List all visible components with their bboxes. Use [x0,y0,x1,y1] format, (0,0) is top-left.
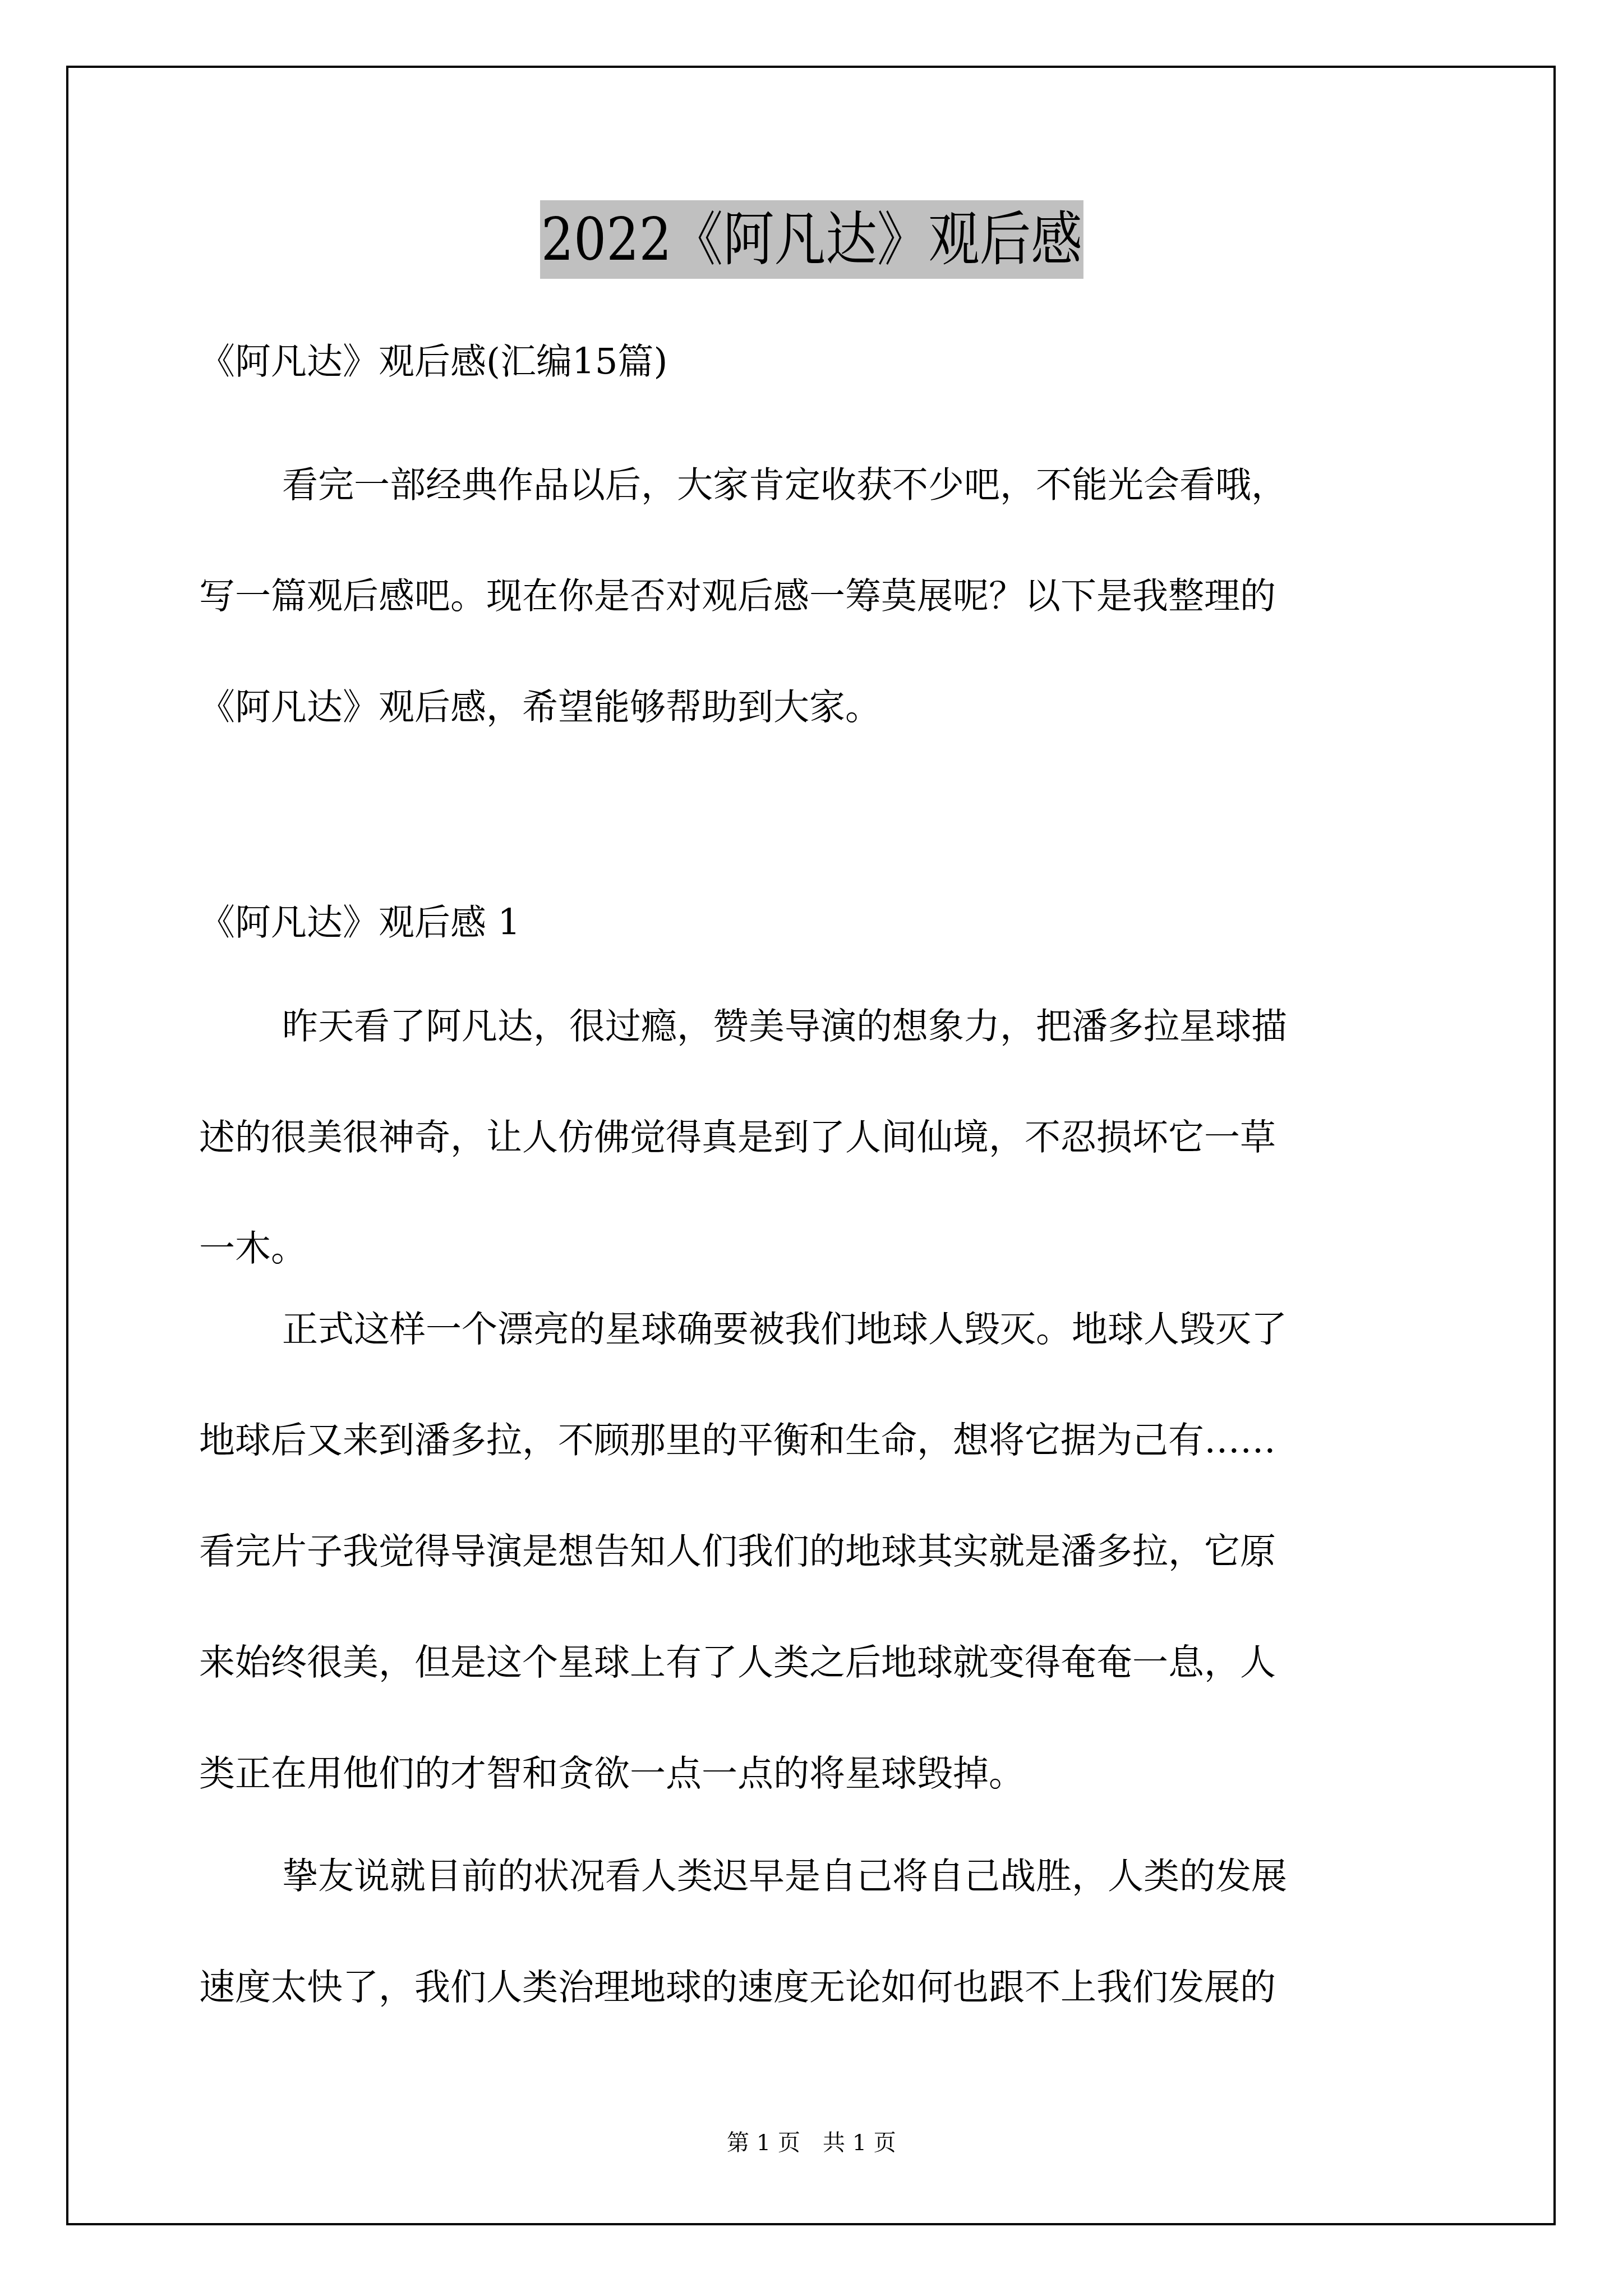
document-subtitle: 《阿凡达》观后感(汇编15篇) [199,337,667,387]
paragraph-line: 正式这样一个漂亮的星球确要被我们地球人毁灭。地球人毁灭了 [199,1304,1287,1355]
title-container: 2022《阿凡达》观后感 [0,200,1623,279]
page-footer: 第 1 页 共 1 页 [0,2126,1623,2160]
paragraph-line: 速度太快了，我们人类治理地球的速度无论如何也跟不上我们发展的 [199,1962,1276,2013]
paragraph-line: 看完片子我觉得导演是想告知人们我们的地球其实就是潘多拉，它原 [199,1526,1276,1577]
paragraph-line: 一木。 [199,1223,307,1274]
paragraph-line: 来始终很美，但是这个星球上有了人类之后地球就变得奄奄一息，人 [199,1637,1276,1688]
paragraph-line: 类正在用他们的才智和贪欲一点一点的将星球毁掉。 [199,1749,1025,1799]
paragraph-line: 述的很美很神奇，让人仿佛觉得真是到了人间仙境，不忍损坏它一草 [199,1112,1276,1163]
section-heading: 《阿凡达》观后感 1 [199,898,520,948]
intro-line: 写一篇观后感吧。现在你是否对观后感一筹莫展呢？以下是我整理的 [199,571,1276,622]
paragraph-line: 挚友说就目前的状况看人类迟早是自己将自己战胜，人类的发展 [199,1851,1287,1902]
intro-line: 《阿凡达》观后感，希望能够帮助到大家。 [199,682,881,733]
intro-line: 看完一部经典作品以后，大家肯定收获不少吧，不能光会看哦， [199,460,1287,510]
document-title: 2022《阿凡达》观后感 [540,200,1083,279]
paragraph-line: 地球后又来到潘多拉，不顾那里的平衡和生命，想将它据为己有…… [199,1415,1276,1466]
paragraph-line: 昨天看了阿凡达，很过瘾，赞美导演的想象力，把潘多拉星球描 [199,1001,1287,1052]
